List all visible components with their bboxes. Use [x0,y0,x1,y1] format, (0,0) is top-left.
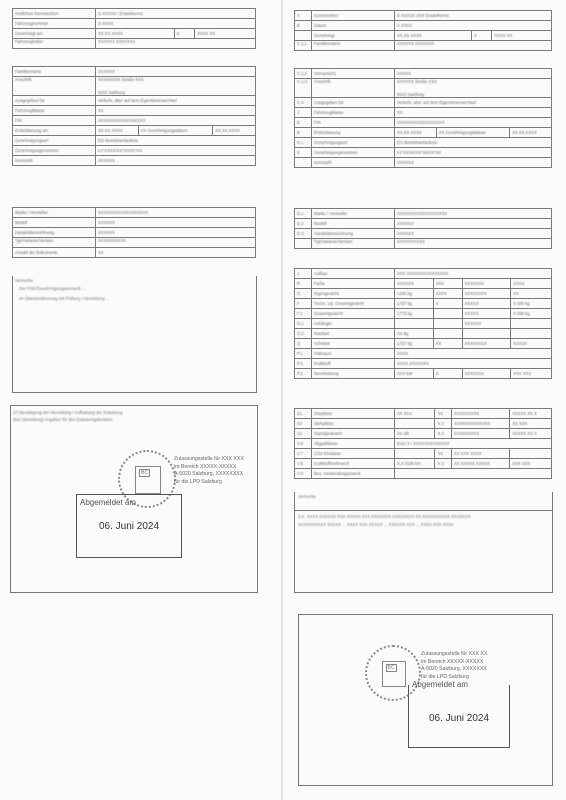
form-field-label: Datum [312,21,395,31]
page-fold [281,0,283,800]
form-field-code: U1 [295,429,312,439]
form-field-c1 [433,329,462,339]
form-field-label: Hubraum [312,349,395,359]
form-field-c2: XXXXXXX [462,369,511,379]
form-field-label: Genehmigt am [13,29,96,39]
form-field-label: FIN [312,118,395,128]
form-row: FTechn. zul. Gesamtgewicht1737 kgXXXXXXX… [295,299,552,309]
form-field-label: Fahrzeugnummer [13,19,96,29]
form-field-code: D.2 [295,219,312,229]
form-row: K.1GenehmigungsartEG-Betriebserlaubnis [295,138,552,148]
form-field-c3: XXXX [511,279,552,289]
deregistration-date-stamp: Abgemeldet am 06. Juni 2024 [408,685,510,748]
form-row: Genehmigungsnummere1*XXXX/XX*XXXX*XX [13,146,256,156]
form-field-code: Q [295,339,312,349]
form-row: U1StandgeräuschXX dBX.XXXXXXXXXXXXXXX XX… [295,429,552,439]
seal-label: BC [386,664,397,672]
form-field-label: FIN [13,116,96,126]
form-field-value: XXXXXX [96,218,256,228]
form-field-label: Handelsbezeichnung [13,228,96,238]
form-field-label: Gesamtgewicht [312,309,395,319]
form-row: Erstzulassung amXX.XX.XXXXXX Genehmigung… [13,126,256,136]
left-holder-table: FamiliennameXXXXXXAnschriftXXXXXXXX Stra… [12,66,256,166]
stamp-line: im Bereich XXXXX-XXXXX [174,464,244,472]
form-field-c3: XXXXX XX X [510,429,552,439]
form-field-label: Anschrift [312,79,395,98]
form-field-code [295,31,312,41]
deregistration-date-stamp: Abgemeldet am 06. Juni 2024 [76,494,182,558]
stamp-line: A-5020 Salzburg, XXXXXXXX [174,471,244,479]
form-field-label: Bes. Verwendungszweck [312,469,395,479]
form-field-label: Nutzlast [312,329,395,339]
form-row: C.4Ausgegeben fürVerkehr, aber auf dem E… [295,98,552,108]
left-note-line: Im Übereinstimmung mit Prüfung / Abmeldu… [19,295,109,302]
form-field-code: J [295,269,312,279]
left-dereg-line: (Y) Bestätigung der Abmeldung / Aufhebun… [13,409,122,416]
form-field-value: XXXXXX [395,279,434,289]
form-field-label: Genehmigungsart [312,138,395,148]
form-row: GenehmigungsartEG-Betriebserlaubnis [13,136,256,146]
form-field-c2: XXXXXXXX [462,289,511,299]
left-deregistration-box: (Y) Bestätigung der Abmeldung / Aufhebun… [10,405,258,593]
form-row: KGenehmigungsnummere1*XXXX/XX*XXXX*XX [295,148,552,158]
form-field-value: XXXX [395,349,552,359]
form-field-code: O.1 [295,319,312,329]
form-field-c1: XX [435,449,452,459]
form-field-value: XXXXXX XXXXXXX [395,41,552,51]
form-field-label: Typ/Variante/Version [13,238,96,248]
form-field-label: Typ/Variante/Version [312,239,395,249]
form-field-label: Abgasklasse [312,439,395,449]
form-field-c3: X 000 kg [511,299,552,309]
form-field-value: XXXXXXXXXX [395,239,552,249]
form-field-value: XXXXXX Straße XXX5020 Salzburg [395,79,552,98]
date-stamp-value: 06. Juni 2024 [77,521,181,532]
stamp-line: A-5020 Salzburg, XXXXXXX [421,666,487,674]
form-field-label: Nennleistung [312,369,395,379]
form-field-extra1: X [174,29,195,39]
right-remarks-label: Vermerke [298,493,316,500]
form-field-label: Anhänger [312,319,395,329]
form-field-label: Marke / Hersteller [312,209,395,219]
form-field-value: Euro X / XXXXXXXXXXXXX [395,439,552,449]
form-field-extra2: XXXX XX [492,31,552,41]
form-row: V.8KraftstoffverbrauchX,X l/100 kmX.XXX … [295,459,552,469]
stamp-line: Zulassungsstelle für XXX XX [421,651,487,659]
form-field-code: F [295,299,312,309]
form-field-c2: XXXXXXXXX [452,429,510,439]
form-field-extra2: XXXX XX [195,29,256,39]
form-field-value: 1335 kg [395,289,434,299]
form-field-value: XX dB [395,429,435,439]
form-field-code: V.8 [295,459,312,469]
right-remarks-box: Z.K. XXXX XXXXXX XXX XXXXX XXX XXXXXXX X… [294,510,553,593]
form-row: GenehmigtXX.XX.XXXXXXXXX XX [295,31,552,41]
form-field-code: B [295,128,312,138]
form-field-label: Stehplätze [312,419,395,429]
form-field-value: XXXXXX [395,229,552,239]
form-field-value: XXXX XXXXXXX [395,359,552,369]
form-field-code [295,158,312,168]
form-field-label: Genehmigt [312,31,395,41]
form-field-c2: XXXXXXX [462,279,511,289]
form-field-code: S2 [295,419,312,429]
form-field-c3: XXX XXX [510,459,552,469]
form-field-value: XXXXXX [96,156,256,166]
form-field-value: 1737 kg [395,299,434,309]
form-field-code: P.1 [295,349,312,359]
form-row: P.3KraftstoffXXXX XXXXXXX [295,359,552,369]
form-field-value [395,419,435,429]
date-stamp-header: Abgemeldet am [412,680,468,689]
form-field-c1: XXX [433,279,462,289]
form-row: V.9AbgasklasseEuro X / XXXXXXXXXXXXX [295,439,552,449]
form-field-label: Farbe [312,279,395,289]
form-row: P.1HubraumXXXX [295,349,552,359]
form-field-label: Fahrzeugklasse [312,108,395,118]
form-row: GEigengewicht1335 kgXXXXXXXXXXXXXX [295,289,552,299]
form-row: BDatumX.XXXX [295,21,552,31]
stamp-line: für die LPD Salzburg [174,479,244,487]
form-field-label: Aufbau [312,269,395,279]
form-field-label: Marke / Hersteller [13,208,96,218]
form-field-value: XX.XX.XXXX [395,31,472,41]
left-vehicle-table: Marke / HerstellerXXXXXXXXXXXXXXXXXXMode… [12,207,256,258]
form-field-c2: XXXXXXXXX [452,409,510,419]
form-field-c2: XX XXXXX XXXXX [452,459,510,469]
form-field-label: Standgeräusch [312,429,395,439]
form-field-c2: XXXXXXXX [462,339,511,349]
form-field-code: C.4 [295,98,312,108]
form-row: ModellXXXXXX [13,218,256,228]
form-field-value [395,449,435,459]
form-row: S1SitzplätzeXX XXXXXXXXXXXXXXXXXXX XX X [295,409,552,419]
form-field-c1 [433,309,462,319]
form-field-c3: XX [511,289,552,299]
form-field-code: A [295,11,312,21]
form-field-label: Ausgegeben für [312,98,395,108]
form-field-label: Techn. zul. Gesamtgewicht [312,299,395,309]
form-field-code: K [295,148,312,158]
form-row: S2StehplätzeX.XXXXXXXXXXXXXXXX XXX [295,419,552,429]
form-field-code: D.1 [295,209,312,219]
stamp-line: im Bereich XXXXX-XXXXX [421,659,487,667]
form-field-code: S1 [295,409,312,419]
form-field-value: XXXXXXXXXXXXXXXXXX [96,208,256,218]
form-field-value: XXXXXX [395,158,552,168]
left-notes-box: Vermerke Der Prüf-/Genehmigungsvermerk .… [12,276,257,393]
form-field-c3 [510,449,552,459]
form-field-value: S-XXXX [96,19,256,29]
form-row: BErstzulassungXX.XX.XXXXXX Genehmigungsd… [295,128,552,138]
form-field-c2: XXXXXXXXXXXXX [452,419,510,429]
form-field-code: B [295,21,312,31]
form-field-c2: XX XXX XXXX [452,449,510,459]
form-field-code: P.3 [295,359,312,369]
form-field-label: Erstzulassung [312,128,395,138]
form-field-value [395,319,434,329]
form-row: Marke / HerstellerXXXXXXXXXXXXXXXXXX [13,208,256,218]
form-field-code: C.1.1 [295,41,312,51]
form-field-label: Eigengewicht [312,289,395,299]
form-row: AKennzeichenS-XXXXX XXX Ersatzkennz. [295,11,552,21]
left-dereg-line: (bei Abmeldung) Angaben für den Zulassun… [13,416,113,423]
address-city: 5020 Salzburg [397,92,549,97]
form-row: HandelsbezeichnungXXXXXX [13,228,256,238]
form-row: EFINXXXXXXXXXXXXXXXXX [295,118,552,128]
form-field-code: C.1.3 [295,79,312,98]
form-field-value: e1*XXXX/XX*XXXX*XX [96,146,256,156]
form-field-label: Modell [13,218,96,228]
form-field-label: Kennzahl [312,158,395,168]
form-row: P.2NennleistungXXX kWXXXXXXXXXXX XXX [295,369,552,379]
form-row: FahrzeugklasseXX [13,106,256,116]
form-field-value: XXXXXXXXXXXXXXXXXX [395,209,552,219]
form-row: FahrzeugnummerS-XXXX [13,19,256,29]
address-line: XXXXXX Straße XXX [397,79,549,84]
form-field-value: XXXXXXXXXXXXXXXXX [395,118,552,128]
form-field-label: Kennzeichen [312,11,395,21]
date-stamp-value: 06. Juni 2024 [409,713,509,724]
right-header-table: AKennzeichenS-XXXXX XXX Ersatzkennz.BDat… [294,10,552,51]
form-field-value: EG-Betriebserlaubnis [96,136,256,146]
form-field-label: Kraftstoff [312,359,395,369]
form-field-value: Verkehr, aber auf dem Eigentümerwechsel [96,96,256,106]
right-remark-line: XXXXXXXXXX XXXXX ... XXXX XXX XXXXX ... … [298,521,454,528]
form-field-label: Handelsbezeichnung [312,229,395,239]
form-row: C.1.1FamiliennameXXXXXX XXXXXXX [295,41,552,51]
form-field-label: Genehmigungsnummer [13,146,96,156]
left-notes-label: Vermerke [15,277,33,284]
right-remark-line: Z.K. XXXX XXXXXX XXX XXXXX XXX XXXXXXX X… [298,513,471,520]
form-field-label: Anschrift [13,77,96,96]
form-row: Amtliches KennzeichenS-XXXXX / Ersatzken… [13,9,256,19]
form-field-c1: XX [433,339,462,349]
form-field-value: XXXXXX [395,219,552,229]
form-row: Typ/Variante/VersionXXXXXXXXXX [295,239,552,249]
form-field-code: K.1 [295,138,312,148]
form-field-code: F.1 [295,309,312,319]
right-holder-table: C.1.2Vorname(n)XXXXXC.1.3AnschriftXXXXXX… [294,68,552,168]
form-row: C.1.3AnschriftXXXXXX Straße XXX5020 Salz… [295,79,552,98]
form-row: FamiliennameXXXXXX [13,67,256,77]
form-field-value: XXX kW [395,369,434,379]
form-field-label: CO2-Emission [312,449,395,459]
form-field-value: XX [96,106,256,116]
form-field-code [295,239,312,249]
form-row: Genehmigt amXX.XX.XXXXXXXXX XX [13,29,256,39]
form-field-c1 [433,319,462,329]
form-field-value [395,469,552,479]
form-field-c3: XXXXX [511,339,552,349]
form-field-value: EG-Betriebserlaubnis [395,138,552,148]
form-field-value: XX.XX.XXXX [96,126,139,136]
form-field-c2: XXXXX [462,299,511,309]
form-row: AnschriftXXXXXXXX Straße XXX5020 Salzbur… [13,77,256,96]
form-row: D.1Marke / HerstellerXXXXXXXXXXXXXXXXXX [295,209,552,219]
form-field-label: Kennzahl [13,156,96,166]
form-field-value: S-XXXXX XXX Ersatzkennz. [395,11,552,21]
form-row: D.2ModellXXXXXX [295,219,552,229]
form-field-extra2: XX.XX.XXXX [213,126,256,136]
address-line: XXXXXXXX Straße XXX [98,77,253,82]
right-deregistration-box: BC Zulassungsstelle für XXX XX im Bereic… [298,614,553,786]
form-row: FINXXXXXXXXXXXXXXXXX [13,116,256,126]
form-row: Typ/Variante/VersionXXXXXXXXXX [13,238,256,248]
seal-label: BC [139,469,150,477]
form-field-value: XX [395,108,552,118]
form-field-value: XXXXXX [96,67,256,77]
form-field-code: P.2 [295,369,312,379]
form-field-c2: XXXXXX [462,319,511,329]
form-field-c1: XXXX [433,289,462,299]
form-row: V.5Bes. Verwendungszweck [295,469,552,479]
right-remarks-header: Vermerke [294,492,553,511]
form-field-value: XXXXXX XXXXXXX [96,39,256,49]
form-field-code: J [295,108,312,118]
form-field-extra1: XX Genehmigungsdatum [436,128,509,138]
right-vehicle-table: D.1Marke / HerstellerXXXXXXXXXXXXXXXXXXD… [294,208,552,249]
form-field-label: Genehmigungsnummer [312,148,395,158]
right-emissions-table: S1SitzplätzeXX XXXXXXXXXXXXXXXXXXX XX XS… [294,408,552,479]
form-field-code: O.2 [295,329,312,339]
form-field-value: XXX XXXXXXXXXXXXXXX [395,269,552,279]
date-stamp-header: Abgemeldet am [80,498,136,507]
form-field-c3 [511,319,552,329]
form-field-value: XXXXXXXX Straße XXX5020 Salzburg [96,77,256,96]
form-field-c1: X [433,369,462,379]
form-row: Ausgegeben fürVerkehr, aber auf dem Eige… [13,96,256,106]
form-field-label: Erstzulassung am [13,126,96,136]
form-field-value: XX [96,248,256,258]
form-field-label: Anzahl der Dokumente [13,248,96,258]
form-field-value: e1*XXXX/XX*XXXX*XX [395,148,552,158]
form-field-code: D.3 [295,229,312,239]
form-field-value: XXXXXX [96,228,256,238]
form-row: KennzahlXXXXXX [13,156,256,166]
form-field-code: V.5 [295,469,312,479]
address-city: 5020 Salzburg [98,90,253,95]
form-field-label: Fahrzeughalter [13,39,96,49]
form-row: JFahrzeugklasseXX [295,108,552,118]
form-field-c1: X [433,299,462,309]
form-field-label: Sitzplätze [312,409,395,419]
form-field-code: E [295,118,312,128]
form-field-extra1: XX Genehmigungsdatum [138,126,213,136]
form-field-label: Achslast [312,339,395,349]
form-field-value: XX kg [395,329,434,339]
form-field-value: XX XXX [395,409,435,419]
form-row: Anzahl der DokumenteXX [13,248,256,258]
form-field-label: Kraftstoffverbrauch [312,459,395,469]
form-field-c3: XX XXX [510,419,552,429]
form-row: QAchslast1737 kgXXXXXXXXXXXXXXX [295,339,552,349]
form-field-label: Familienname [13,67,96,77]
form-row: O.1AnhängerXXXXXX [295,319,552,329]
form-field-value: XX.XX.XXXX [395,128,437,138]
form-row: O.2NutzlastXX kg [295,329,552,339]
form-field-value: XXXXXXXXXX [96,238,256,248]
form-field-value: X,X l/100 km [395,459,435,469]
form-field-code: V.9 [295,439,312,449]
form-row: V.7CO2-EmissionXXXX XXX XXXX [295,449,552,459]
form-row: RFarbeXXXXXXXXXXXXXXXXXXXX [295,279,552,289]
form-field-c1: X.X [435,419,452,429]
form-field-extra1: X [472,31,492,41]
form-field-value: XX.XX.XXXX [96,29,175,39]
form-row: C.1.2Vorname(n)XXXXX [295,69,552,79]
form-field-c3: X 560 kg [511,309,552,319]
authority-stamp-text: Zulassungsstelle für XXX XX im Bereich X… [421,651,487,681]
form-field-value: XXXXXXXXXXXXXXXXX [96,116,256,126]
form-field-label: Familienname [312,41,395,51]
form-field-c1: XX [435,409,452,419]
form-row: KennzahlXXXXXX [295,158,552,168]
stamp-line: Zulassungsstelle für XXX XXX [174,456,244,464]
form-row: FahrzeughalterXXXXXX XXXXXXX [13,39,256,49]
form-field-value: S-XXXXX / Ersatzkennz. [96,9,256,19]
left-note-line: Der Prüf-/Genehmigungsvermerk ... [19,285,85,292]
right-weights-table: JAufbauXXX XXXXXXXXXXXXXXXRFarbeXXXXXXXX… [294,268,552,379]
form-field-code: G [295,289,312,299]
form-field-label: Genehmigungsart [13,136,96,146]
form-field-label: Vorname(n) [312,69,395,79]
form-field-value: 1773 kg [395,309,434,319]
left-header-table: Amtliches KennzeichenS-XXXXX / Ersatzken… [12,8,256,49]
form-field-label: Modell [312,219,395,229]
form-field-value: XXXXX [395,69,552,79]
form-row: F.1Gesamtgewicht1773 kgXXXXXX 560 kg [295,309,552,319]
form-field-code: V.7 [295,449,312,459]
form-row: D.3HandelsbezeichnungXXXXXX [295,229,552,239]
form-field-label: Amtliches Kennzeichen [13,9,96,19]
form-field-label: Ausgegeben für [13,96,96,106]
form-field-code: R [295,279,312,289]
form-field-c2: XXXXX [462,309,511,319]
form-field-value: Verkehr, aber auf dem Eigentümerwechsel [395,98,552,108]
form-field-c1: X.X [435,429,452,439]
form-field-code: C.1.2 [295,69,312,79]
authority-stamp-text: Zulassungsstelle für XXX XXX im Bereich … [174,456,244,486]
form-row: JAufbauXXX XXXXXXXXXXXXXXX [295,269,552,279]
form-field-value: X.XXXX [395,21,552,31]
form-field-extra2: XX.XX.XXXX [510,128,552,138]
form-field-label: Fahrzeugklasse [13,106,96,116]
form-field-c1: X.X [435,459,452,469]
form-field-c3: XXXXX XX X [510,409,552,419]
form-field-c3: XXX XXX [511,369,552,379]
form-field-c2 [462,329,511,339]
form-field-c3 [511,329,552,339]
form-field-value: 1737 kg [395,339,434,349]
